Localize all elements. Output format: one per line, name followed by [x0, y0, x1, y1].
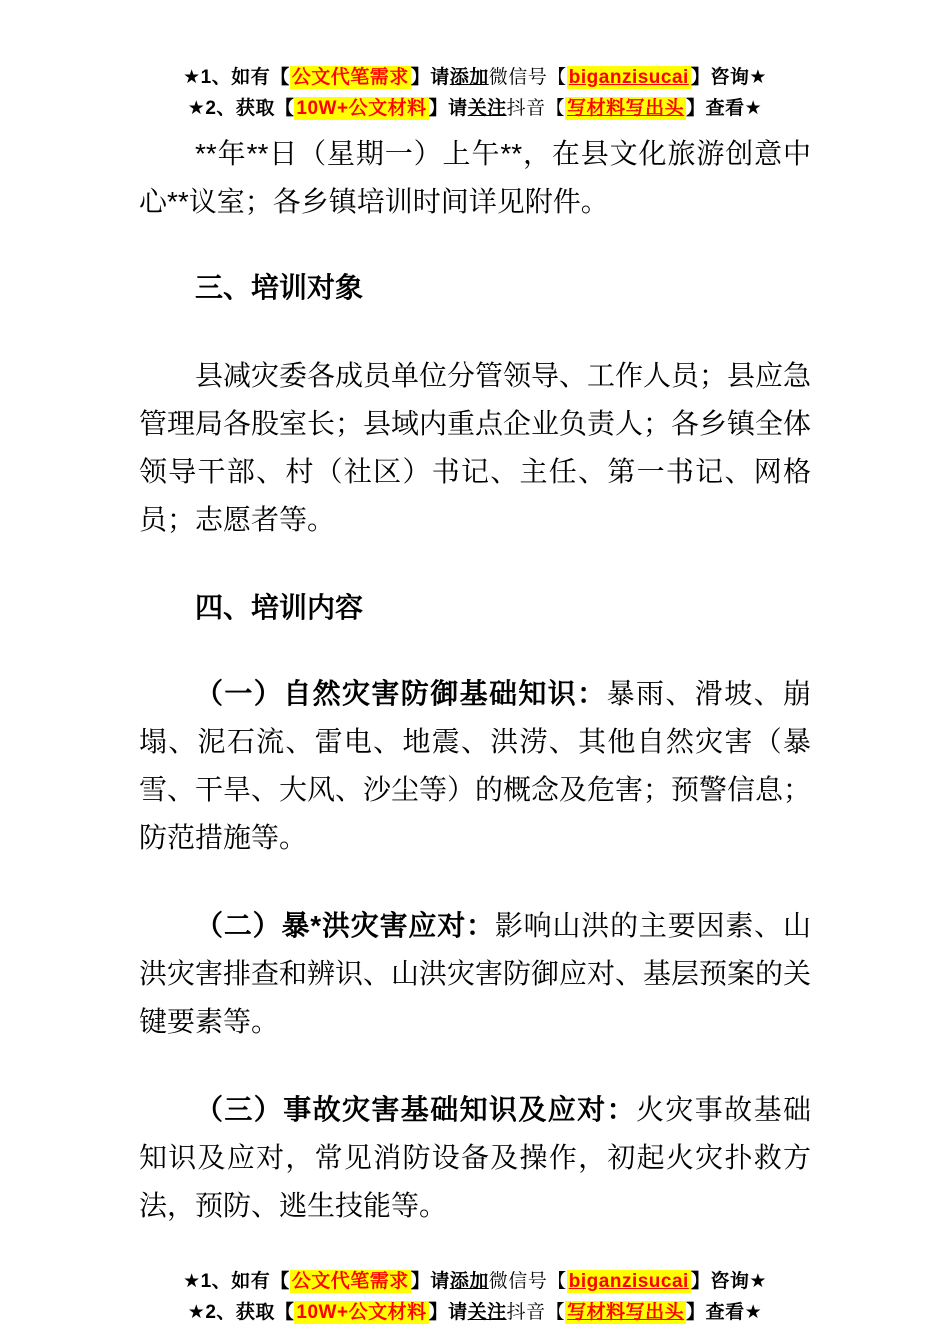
- promo2-prefix: ★2、获取【: [188, 98, 295, 119]
- promo1-highlight-need: 公文代笔需求: [290, 1270, 411, 1293]
- promo1-suffix: 】咨询★: [691, 1271, 767, 1292]
- promo-line-2: ★2、获取【10W+公文材料】请关注抖音【写材料写出头】查看★: [139, 1297, 811, 1328]
- section-heading-training-content: 四、培训内容: [139, 584, 811, 632]
- training-item-1-lead: （一）自然灾害防御基础知识：: [195, 678, 607, 709]
- promo1-underline-add: 添加: [450, 67, 489, 88]
- promo1-wechat-id: biganzisucai: [567, 1270, 691, 1293]
- training-item-1: （一）自然灾害防御基础知识：暴雨、滑坡、崩塌、泥石流、雷电、地震、洪涝、其他自然…: [139, 670, 811, 862]
- promo-banner-bottom: ★1、如有【公文代笔需求】请添加微信号【biganzisucai】咨询★ ★2、…: [139, 1266, 811, 1328]
- document-page: ★1、如有【公文代笔需求】请添加微信号【biganzisucai】咨询★ ★2、…: [0, 0, 950, 1344]
- promo1-bracket-please: 】请: [411, 1271, 450, 1292]
- promo-line-2: ★2、获取【10W+公文材料】请关注抖音【写材料写出头】查看★: [139, 93, 811, 124]
- promo2-highlight-materials: 10W+公文材料: [294, 1301, 428, 1324]
- training-item-3: （三）事故灾害基础知识及应对：火灾事故基础知识及应对，常见消防设备及操作，初起火…: [139, 1086, 811, 1230]
- promo2-bracket-please: 】请: [429, 1302, 468, 1323]
- training-item-2: （二）暴*洪灾害应对：影响山洪的主要因素、山洪灾害排查和辨识、山洪灾害防御应对、…: [139, 902, 811, 1046]
- promo1-bracket-please: 】请: [411, 67, 450, 88]
- promo1-highlight-need: 公文代笔需求: [290, 66, 411, 89]
- promo2-suffix: 】查看★: [686, 98, 762, 119]
- promo-banner-top: ★1、如有【公文代笔需求】请添加微信号【biganzisucai】咨询★ ★2、…: [139, 62, 811, 124]
- promo2-douyin-id: 写材料写出头: [565, 1301, 686, 1324]
- training-item-2-lead: （二）暴*洪灾害应对：: [195, 910, 495, 941]
- promo1-prefix: ★1、如有【: [183, 1271, 290, 1292]
- promo1-suffix: 】咨询★: [691, 67, 767, 88]
- training-targets-paragraph: 县减灾委各成员单位分管领导、工作人员；县应急管理局各股室长；县域内重点企业负责人…: [139, 352, 811, 544]
- promo2-douyin-label: 抖音【: [507, 1302, 566, 1323]
- promo2-suffix: 】查看★: [686, 1302, 762, 1323]
- promo2-prefix: ★2、获取【: [188, 1302, 295, 1323]
- promo2-douyin-label: 抖音【: [507, 98, 566, 119]
- intro-paragraph: **年**日（星期一）上午**，在县文化旅游创意中心**议室；各乡镇培训时间详见…: [139, 130, 811, 226]
- promo2-highlight-materials: 10W+公文材料: [294, 97, 428, 120]
- promo1-prefix: ★1、如有【: [183, 67, 290, 88]
- training-item-3-lead: （三）事故灾害基础知识及应对：: [195, 1094, 636, 1125]
- section-heading-training-targets: 三、培训对象: [139, 264, 811, 312]
- promo-line-1: ★1、如有【公文代笔需求】请添加微信号【biganzisucai】咨询★: [139, 1266, 811, 1297]
- promo1-wechat-id: biganzisucai: [567, 66, 691, 89]
- promo2-underline-follow: 关注: [468, 1302, 507, 1323]
- promo1-underline-add: 添加: [450, 1271, 489, 1292]
- promo1-wechat-label: 微信号【: [489, 67, 567, 88]
- promo-line-1: ★1、如有【公文代笔需求】请添加微信号【biganzisucai】咨询★: [139, 62, 811, 93]
- promo2-douyin-id: 写材料写出头: [565, 97, 686, 120]
- promo2-underline-follow: 关注: [468, 98, 507, 119]
- promo2-bracket-please: 】请: [429, 98, 468, 119]
- promo1-wechat-label: 微信号【: [489, 1271, 567, 1292]
